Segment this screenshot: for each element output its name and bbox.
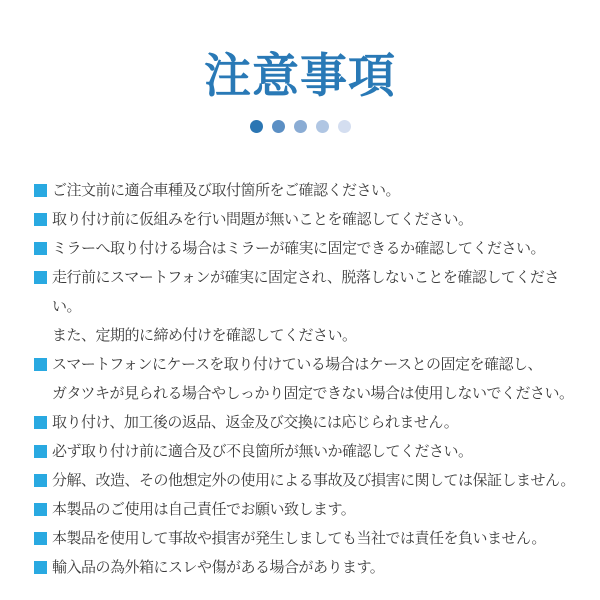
note-item: ご注文前に適合車種及び取付箇所をご確認ください。	[34, 176, 582, 205]
notes-list: ご注文前に適合車種及び取付箇所をご確認ください。 取り付け前に仮組みを行い問題が…	[34, 176, 582, 582]
dot-icon	[250, 120, 263, 133]
dot-icon	[338, 120, 351, 133]
note-text: ご注文前に適合車種及び取付箇所をご確認ください。	[52, 176, 400, 205]
note-item: 走行前にスマートフォンが確実に固定され、脱落しないことを確認してください。 また…	[34, 263, 582, 350]
note-text: 必ず取り付け前に適合及び不良箇所が無いか確認してください。	[52, 437, 473, 466]
bullet-square-icon	[34, 242, 47, 255]
note-text: スマートフォンにケースを取り付けている場合はケースとの固定を確認し、 ガタツキが…	[52, 350, 574, 408]
bullet-square-icon	[34, 445, 47, 458]
note-item: 必ず取り付け前に適合及び不良箇所が無いか確認してください。	[34, 437, 582, 466]
note-item: ミラーへ取り付ける場合はミラーが確実に固定できるか確認してください。	[34, 234, 582, 263]
bullet-square-icon	[34, 532, 47, 545]
note-item: 取り付け前に仮組みを行い問題が無いことを確認してください。	[34, 205, 582, 234]
page-title: 注意事項	[0, 50, 600, 104]
note-text: ミラーへ取り付ける場合はミラーが確実に固定できるか確認してください。	[52, 234, 545, 263]
bullet-square-icon	[34, 184, 47, 197]
note-item: 本製品のご使用は自己責任でお願い致します。	[34, 495, 582, 524]
note-text: 輸入品の為外箱にスレや傷がある場合があります。	[52, 553, 384, 582]
note-item: 分解、改造、その他想定外の使用による事故及び損害に関しては保証しません。	[34, 466, 582, 495]
bullet-square-icon	[34, 474, 47, 487]
bullet-square-icon	[34, 416, 47, 429]
note-item: 輸入品の為外箱にスレや傷がある場合があります。	[34, 553, 582, 582]
dot-icon	[294, 120, 307, 133]
bullet-square-icon	[34, 271, 47, 284]
bullet-square-icon	[34, 561, 47, 574]
bullet-square-icon	[34, 503, 47, 516]
note-item: 取り付け、加工後の返品、返金及び交換には応じられません。	[34, 408, 582, 437]
note-text: 分解、改造、その他想定外の使用による事故及び損害に関しては保証しません。	[52, 466, 575, 495]
bullet-square-icon	[34, 358, 47, 371]
notice-page: 注意事項 ご注文前に適合車種及び取付箇所をご確認ください。 取り付け前に仮組みを…	[0, 0, 600, 600]
note-text: 走行前にスマートフォンが確実に固定され、脱落しないことを確認してください。 また…	[52, 263, 582, 350]
header: 注意事項	[0, 0, 600, 133]
note-item: 本製品を使用して事故や損害が発生しましても当社では責任を負いません。	[34, 524, 582, 553]
dot-icon	[316, 120, 329, 133]
note-text: 本製品を使用して事故や損害が発生しましても当社では責任を負いません。	[52, 524, 546, 553]
note-item: スマートフォンにケースを取り付けている場合はケースとの固定を確認し、 ガタツキが…	[34, 350, 582, 408]
dot-icon	[272, 120, 285, 133]
note-text: 取り付け前に仮組みを行い問題が無いことを確認してください。	[52, 205, 473, 234]
title-dots	[0, 120, 600, 133]
bullet-square-icon	[34, 213, 47, 226]
note-text: 本製品のご使用は自己責任でお願い致します。	[52, 495, 355, 524]
note-text: 取り付け、加工後の返品、返金及び交換には応じられません。	[52, 408, 458, 437]
